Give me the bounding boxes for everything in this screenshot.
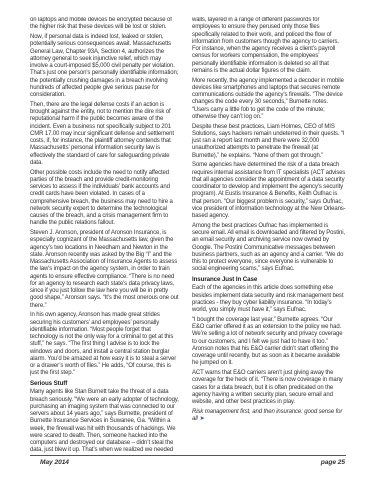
left-column: on laptops and mobile devices be encrypt… bbox=[30, 17, 179, 453]
paragraph: In his own agency, Aronson has made grea… bbox=[30, 312, 179, 377]
paragraph: Many agents like Stan Burnett take the t… bbox=[30, 389, 179, 453]
paragraph: Steven J. Aronson, president of Aronson … bbox=[30, 230, 179, 310]
section-heading-serious-stuff: Serious Stuff bbox=[30, 380, 179, 387]
closing-text: Risk management first, and then insuranc… bbox=[192, 409, 342, 422]
paragraph: walls, layered in a range of different p… bbox=[192, 17, 346, 75]
paragraph: Other possible costs include the need to… bbox=[30, 170, 179, 228]
footer-page-number: page 25 bbox=[321, 459, 345, 466]
paragraph: Despite these best practices, Liam Holme… bbox=[192, 124, 346, 160]
end-of-article-icon: ➤ bbox=[200, 416, 205, 422]
paragraph: Now, if personal data is indeed lost, le… bbox=[30, 34, 179, 99]
paragraph: Each of the agencies in this article doe… bbox=[192, 285, 346, 314]
closing-italic-paragraph: Risk management first, and then insuranc… bbox=[192, 409, 346, 424]
paragraph: on laptops and mobile devices be encrypt… bbox=[30, 17, 179, 32]
paragraph: ACT warns that E&O carriers aren’t just … bbox=[192, 370, 346, 406]
paragraph: Among the best practices Oufnac has impl… bbox=[192, 223, 346, 274]
article-body: on laptops and mobile devices be encrypt… bbox=[30, 17, 346, 453]
magazine-page: on laptops and mobile devices be encrypt… bbox=[0, 0, 369, 480]
footer-issue-date: May 2014 bbox=[40, 459, 69, 466]
paragraph: More recently, the agency implemented a … bbox=[192, 78, 346, 122]
paragraph: Then, there are the legal defense costs … bbox=[30, 102, 179, 167]
paragraph: Some agencies have determined the risk o… bbox=[192, 162, 346, 220]
right-column: walls, layered in a range of different p… bbox=[192, 17, 346, 453]
footer-rule bbox=[30, 455, 346, 456]
paragraph: “I bought the coverage last year,” Burne… bbox=[192, 317, 346, 368]
section-heading-insurance-just-in-case: Insurance Just In Case bbox=[192, 276, 346, 283]
